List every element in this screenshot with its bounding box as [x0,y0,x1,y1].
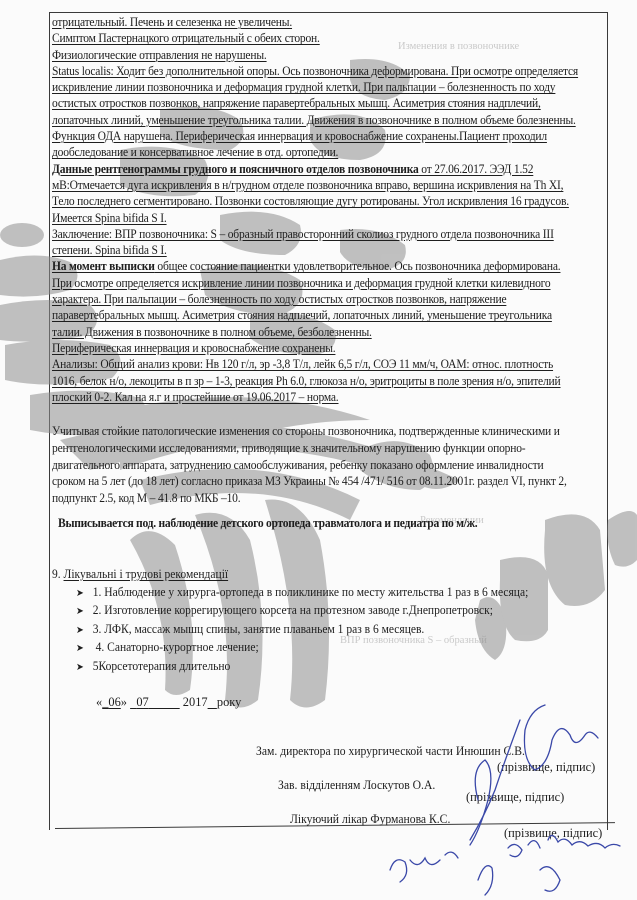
xray-heading-bold: Данные рентгенограммы грудного и пояснич… [52,162,419,176]
date-close-quote: » [121,695,127,709]
exam-line: остистых отростков позвонков, напряжение… [52,95,562,111]
discharge-status-line: При осмотре определяется искривление лин… [52,275,562,291]
list-item: ➤ 4. Санаторно-курортное лечение; [76,639,528,657]
signature-note: (прізвище, підпис) [497,760,595,775]
recommendations-title: Лікувальні і трудові рекомендації [64,567,229,581]
list-item: ➤5Корсетотерапия длительно [76,658,528,676]
list-item: ➤1. Наблюдение у хирурга-ортопеда в поли… [76,584,528,602]
disability-line: рентгенологическими исследованиями, прив… [52,440,567,457]
recommendations-number: 9. [52,567,64,581]
exam-line: Физиологические отправления не нарушены. [52,47,562,63]
recommendation-text: 5Корсетотерапия длительно [93,659,231,673]
arrow-bullet-icon: ➤ [76,623,93,639]
discharge-status-line: Периферическая иннервация и кровоснабжен… [52,340,562,356]
xray-heading: Данные рентгенограммы грудного и пояснич… [52,161,562,177]
list-item: ➤2. Изготовление коррегирующего корсета … [76,602,528,620]
signature-role: Зам. директора по хирургической части Ин… [256,744,525,759]
disability-paragraph: Учитывая стойкие патологические изменени… [52,423,567,507]
date-day: 06 [108,695,120,709]
exam-line: дообследование и консервативное лечение … [52,144,562,160]
exam-line: лопаточных линий, уменьшение треугольник… [52,112,562,128]
document-body: отрицательный. Печень и селезенка не уве… [52,14,600,405]
analyses-line: плоский 0-2. Кал на я.г и простейшие от … [52,389,562,405]
arrow-bullet-icon: ➤ [76,660,93,676]
conclusion-line: степени. Spina bifida S I. [52,242,562,258]
xray-line: мВ:Отмечается дуга искривления в н/грудн… [52,177,562,193]
discharge-status-line: паравертебральных мышц. Асиметрия стояни… [52,307,562,323]
arrow-bullet-icon: ➤ [76,586,93,602]
conclusion-line: Заключение: ВПР позвоночника: S – образн… [52,226,562,242]
recommendation-text: 1. Наблюдение у хирурга-ортопеда в полик… [93,585,529,599]
analyses-line: Анализы: Общий анализ крови: Нв 120 г/л,… [52,356,562,372]
exam-line: отрицательный. Печень и селезенка не уве… [52,14,562,30]
disability-line: подпункт 2.5, код М – 41.8 по МКБ –10. [52,490,567,507]
analyses-line: 1016, белок н/о, лекоциты в п зр – 1-3, … [52,373,562,389]
discharge-status-line: характера. При пальпации – болезненность… [52,291,562,307]
signature-note: (прізвище, підпис) [466,790,564,805]
arrow-bullet-icon: ➤ [76,641,93,657]
discharge-status-text: общее состояние пациентки удовлетворител… [155,259,561,273]
date-month: 07 [136,695,148,709]
recommendations-list: ➤1. Наблюдение у хирурга-ортопеда в поли… [76,584,562,676]
recommendations-heading: 9. Лікувальні і трудові рекомендації [52,567,228,582]
discharge-status-bold: На момент выписки [52,259,155,273]
recommendation-text: 3. ЛФК, массаж мышц спины, занятие плава… [93,622,425,636]
disability-line: двигательного аппарата, затруднению само… [52,457,567,474]
disability-line: сроком на 5 лет (до 18 лет) согласно при… [52,473,567,490]
document-date: «_06» 07 2017 року [96,695,241,710]
exam-line: Функция ОДА нарушена. Периферическая инн… [52,128,562,144]
date-suffix: року [217,695,241,709]
list-item: ➤3. ЛФК, массаж мышц спины, занятие плав… [76,621,528,639]
exam-line: Status localis: Ходит без дополнительной… [52,63,562,79]
discharge-status-heading: На момент выписки общее состояние пациен… [52,258,562,274]
xray-line: Имеется Spina bifida S I. [52,210,562,226]
signature-note: (прізвище, підпис) [504,826,602,841]
xray-line: Тело последнего сегментировано. Позвонки… [52,193,562,209]
exam-line: Симптом Пастернацкого отрицательный с об… [52,30,562,46]
disability-line: Учитывая стойкие патологические изменени… [52,423,567,440]
recommendation-text: 4. Санаторно-курортное лечение; [93,640,259,654]
signature-role: Зав. відділенням Лоскутов О.А. [278,778,435,793]
recommendation-text: 2. Изготовление коррегирующего корсета н… [93,603,493,617]
date-year: 2017 [183,695,208,709]
discharge-note: Выписывается под. наблюдение детского ор… [58,516,477,531]
discharge-status-line: талии. Движения в позвоночнике в полном … [52,324,562,340]
exam-line: искривление линии позвоночника и деформа… [52,79,562,95]
xray-heading-date: от 27.06.2017. ЭЭД 1.52 [419,162,534,176]
arrow-bullet-icon: ➤ [76,604,93,620]
signature-role: Лікуючий лікар Фурманова К.С. [290,812,450,827]
